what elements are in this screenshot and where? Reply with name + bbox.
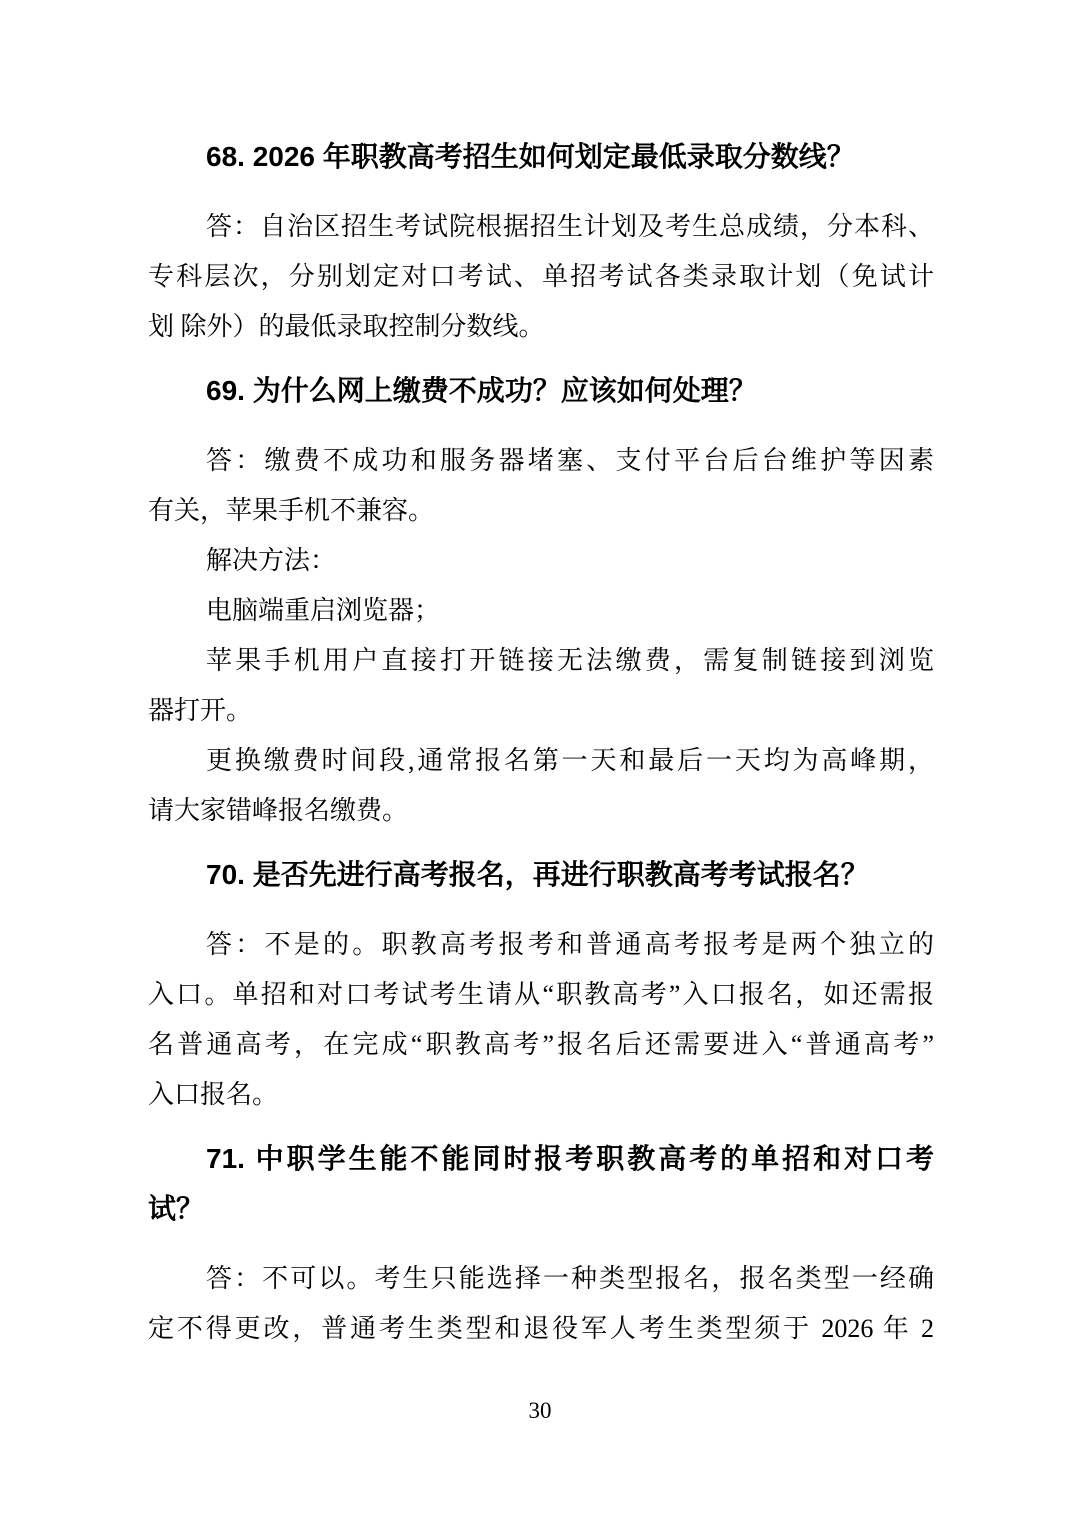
document-body: 68. 2026 年职教高考招生如何划定最低录取分数线？答：自治区招生考试院根据… bbox=[148, 132, 934, 1354]
answer-paragraph: 苹果手机用户直接打开链接无法缴费，需复制链接到浏览器打开。 bbox=[148, 636, 934, 736]
qa-section-69: 69. 为什么网上缴费不成功？应该如何处理？答：缴费不成功和服务器堵塞、支付平台… bbox=[148, 366, 934, 836]
text-line: 定不得更改，普通考生类型和退役军人考生类型须于 2026 年 2 bbox=[148, 1304, 934, 1354]
heading-line: 70. 是否先进行高考报名，再进行职教高考考试报名？ bbox=[148, 850, 934, 900]
heading-line: 试？ bbox=[148, 1184, 934, 1234]
answer-paragraph: 更换缴费时间段,通常报名第一天和最后一天均为高峰期，请大家错峰报名缴费。 bbox=[148, 736, 934, 836]
text-line: 电脑端重启浏览器； bbox=[148, 586, 934, 636]
document-page: 68. 2026 年职教高考招生如何划定最低录取分数线？答：自治区招生考试院根据… bbox=[0, 0, 1080, 1527]
answer-paragraph: 答：自治区招生考试院根据招生计划及考生总成绩，分本科、专科层次，分别划定对口考试… bbox=[148, 202, 934, 352]
text-line: 答：缴费不成功和服务器堵塞、支付平台后台维护等因素 bbox=[148, 436, 934, 486]
heading-line: 71. 中职学生能不能同时报考职教高考的单招和对口考 bbox=[148, 1134, 934, 1184]
text-line: 专科层次，分别划定对口考试、单招考试各类录取计划（免试计 bbox=[148, 252, 934, 302]
text-line: 划 除外）的最低录取控制分数线。 bbox=[148, 302, 934, 352]
heading-line: 69. 为什么网上缴费不成功？应该如何处理？ bbox=[148, 366, 934, 416]
text-line: 解决方法： bbox=[148, 536, 934, 586]
text-line: 答：不是的。职教高考报考和普通高考报考是两个独立的 bbox=[148, 920, 934, 970]
text-line: 名普通高考，在完成“职教高考”报名后还需要进入“普通高考” bbox=[148, 1020, 934, 1070]
answer-paragraph: 电脑端重启浏览器； bbox=[148, 586, 934, 636]
text-line: 入口报名。 bbox=[148, 1070, 934, 1120]
page-number: 30 bbox=[0, 1396, 1080, 1426]
question-heading-68: 68. 2026 年职教高考招生如何划定最低录取分数线？ bbox=[148, 132, 934, 182]
text-line: 答：自治区招生考试院根据招生计划及考生总成绩，分本科、 bbox=[148, 202, 934, 252]
question-heading-70: 70. 是否先进行高考报名，再进行职教高考考试报名？ bbox=[148, 850, 934, 900]
text-line: 苹果手机用户直接打开链接无法缴费，需复制链接到浏览 bbox=[148, 636, 934, 686]
text-line: 入口。单招和对口考试考生请从“职教高考”入口报名，如还需报 bbox=[148, 970, 934, 1020]
qa-section-71: 71. 中职学生能不能同时报考职教高考的单招和对口考试？答：不可以。考生只能选择… bbox=[148, 1134, 934, 1354]
text-line: 更换缴费时间段,通常报名第一天和最后一天均为高峰期， bbox=[148, 736, 934, 786]
question-heading-69: 69. 为什么网上缴费不成功？应该如何处理？ bbox=[148, 366, 934, 416]
text-line: 请大家错峰报名缴费。 bbox=[148, 786, 934, 836]
question-heading-71: 71. 中职学生能不能同时报考职教高考的单招和对口考试？ bbox=[148, 1134, 934, 1234]
qa-section-70: 70. 是否先进行高考报名，再进行职教高考考试报名？答：不是的。职教高考报考和普… bbox=[148, 850, 934, 1120]
answer-paragraph: 解决方法： bbox=[148, 536, 934, 586]
answer-paragraph: 答：不是的。职教高考报考和普通高考报考是两个独立的入口。单招和对口考试考生请从“… bbox=[148, 920, 934, 1120]
answer-paragraph: 答：不可以。考生只能选择一种类型报名，报名类型一经确定不得更改，普通考生类型和退… bbox=[148, 1254, 934, 1354]
heading-line: 68. 2026 年职教高考招生如何划定最低录取分数线？ bbox=[148, 132, 934, 182]
text-line: 器打开。 bbox=[148, 686, 934, 736]
qa-section-68: 68. 2026 年职教高考招生如何划定最低录取分数线？答：自治区招生考试院根据… bbox=[148, 132, 934, 352]
answer-paragraph: 答：缴费不成功和服务器堵塞、支付平台后台维护等因素有关，苹果手机不兼容。 bbox=[148, 436, 934, 536]
text-line: 答：不可以。考生只能选择一种类型报名，报名类型一经确 bbox=[148, 1254, 934, 1304]
text-line: 有关，苹果手机不兼容。 bbox=[148, 486, 934, 536]
